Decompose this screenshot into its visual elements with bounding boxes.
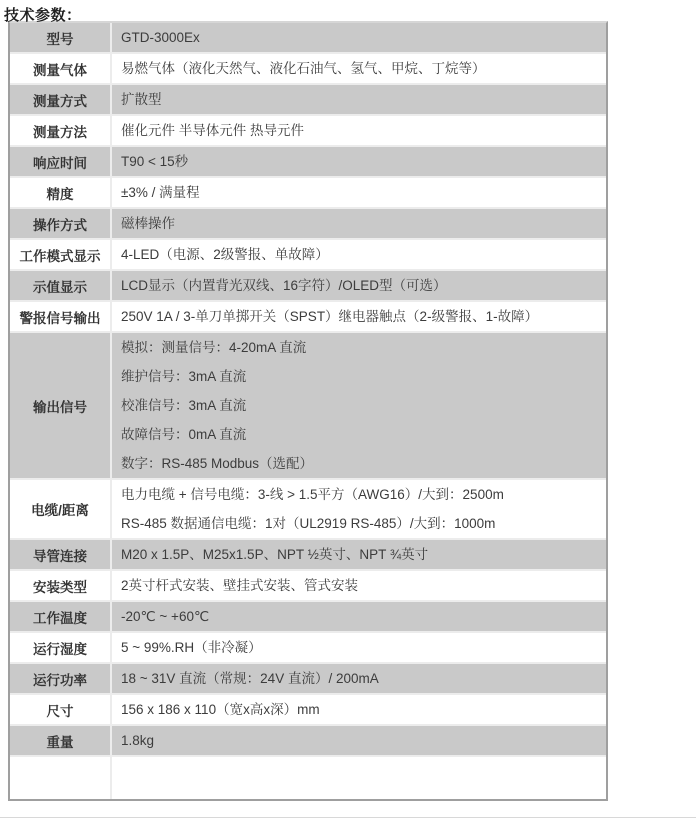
spec-value-line: 250V 1A / 3-单刀单掷开关（SPST）继电器触点（2-级警报、1-故障… [121,302,606,331]
table-row [10,757,606,799]
spec-value: 18 ~ 31V 直流（常规：24V 直流）/ 200mA [112,664,606,693]
spec-value: 5 ~ 99%.RH（非冷凝） [112,633,606,662]
spec-value: 催化元件 半导体元件 热导元件 [112,116,606,145]
spec-value: LCD显示（内置背光双线、16字符）/OLED型（可选） [112,271,606,300]
spec-value: 扩散型 [112,85,606,114]
spec-value-line: -20℃ ~ +60℃ [121,602,606,631]
spec-value: 模拟：测量信号：4-20mA 直流维护信号：3mA 直流校准信号：3mA 直流故… [112,333,606,478]
page-divider [0,817,696,818]
spec-value-line: 校准信号：3mA 直流 [121,391,606,420]
spec-label: 操作方式 [10,209,112,238]
spec-value-line: 催化元件 半导体元件 热导元件 [121,116,606,145]
spec-value-line: 维护信号：3mA 直流 [121,362,606,391]
table-row: 测量气体易燃气体（液化天然气、液化石油气、氢气、甲烷、丁烷等） [10,54,606,85]
spec-table: 型号GTD-3000Ex测量气体易燃气体（液化天然气、液化石油气、氢气、甲烷、丁… [8,21,608,801]
table-row: 电缆/距离电力电缆 + 信号电缆：3-线 > 1.5平方（AWG16）/大到：2… [10,480,606,540]
spec-label: 警报信号输出 [10,302,112,331]
page-title: 技术参数： [0,0,696,21]
spec-label: 运行功率 [10,664,112,693]
spec-value: 电力电缆 + 信号电缆：3-线 > 1.5平方（AWG16）/大到：2500mR… [112,480,606,538]
spec-label: 导管连接 [10,540,112,569]
spec-label: 输出信号 [10,333,112,478]
spec-label: 示值显示 [10,271,112,300]
table-row: 测量方法催化元件 半导体元件 热导元件 [10,116,606,147]
spec-label: 精度 [10,178,112,207]
spec-value-line: 5 ~ 99%.RH（非冷凝） [121,633,606,662]
table-row: 工作温度-20℃ ~ +60℃ [10,602,606,633]
table-row: 尺寸156 x 186 x 110（宽x高x深）mm [10,695,606,726]
table-row: 安装类型2英寸杆式安装、壁挂式安装、管式安装 [10,571,606,602]
spec-label: 安装类型 [10,571,112,600]
table-row: 输出信号模拟：测量信号：4-20mA 直流维护信号：3mA 直流校准信号：3mA… [10,333,606,480]
spec-value-line: 易燃气体（液化天然气、液化石油气、氢气、甲烷、丁烷等） [121,54,606,83]
spec-value: 易燃气体（液化天然气、液化石油气、氢气、甲烷、丁烷等） [112,54,606,83]
spec-value-line: LCD显示（内置背光双线、16字符）/OLED型（可选） [121,271,606,300]
spec-label: 运行湿度 [10,633,112,662]
spec-value: 4-LED（电源、2级警报、单故障） [112,240,606,269]
table-row: 警报信号输出250V 1A / 3-单刀单掷开关（SPST）继电器触点（2-级警… [10,302,606,333]
spec-value-line: 电力电缆 + 信号电缆：3-线 > 1.5平方（AWG16）/大到：2500m [121,480,606,509]
table-row: 型号GTD-3000Ex [10,23,606,54]
spec-value: 2英寸杆式安装、壁挂式安装、管式安装 [112,571,606,600]
spec-label [10,757,112,799]
spec-label: 测量方法 [10,116,112,145]
table-row: 运行功率18 ~ 31V 直流（常规：24V 直流）/ 200mA [10,664,606,695]
table-row: 工作模式显示4-LED（电源、2级警报、单故障） [10,240,606,271]
spec-label: 尺寸 [10,695,112,724]
spec-value: 156 x 186 x 110（宽x高x深）mm [112,695,606,724]
spec-value: GTD-3000Ex [112,23,606,52]
spec-value-line: 18 ~ 31V 直流（常规：24V 直流）/ 200mA [121,664,606,693]
spec-value [112,757,606,799]
spec-label: 测量方式 [10,85,112,114]
spec-value: 磁棒操作 [112,209,606,238]
table-row: 测量方式扩散型 [10,85,606,116]
spec-value: M20 x 1.5P、M25x1.5P、NPT ½英寸、NPT ¾英寸 [112,540,606,569]
table-row: 导管连接M20 x 1.5P、M25x1.5P、NPT ½英寸、NPT ¾英寸 [10,540,606,571]
spec-value: 250V 1A / 3-单刀单掷开关（SPST）继电器触点（2-级警报、1-故障… [112,302,606,331]
spec-label: 电缆/距离 [10,480,112,538]
table-row: 响应时间T90 < 15秒 [10,147,606,178]
spec-value-line: 模拟：测量信号：4-20mA 直流 [121,333,606,362]
spec-value-line: 磁棒操作 [121,209,606,238]
spec-value-line: 数字：RS-485 Modbus（选配） [121,449,606,478]
spec-value-line: 1.8kg [121,726,606,755]
spec-value: ±3% / 满量程 [112,178,606,207]
spec-value: T90 < 15秒 [112,147,606,176]
spec-value-line: 故障信号：0mA 直流 [121,420,606,449]
spec-value-line: ±3% / 满量程 [121,178,606,207]
spec-value-line: 156 x 186 x 110（宽x高x深）mm [121,695,606,724]
table-row: 运行湿度5 ~ 99%.RH（非冷凝） [10,633,606,664]
spec-value-line [121,764,606,793]
spec-value-line: T90 < 15秒 [121,147,606,176]
spec-label: 测量气体 [10,54,112,83]
spec-value-line: 2英寸杆式安装、壁挂式安装、管式安装 [121,571,606,600]
spec-label: 响应时间 [10,147,112,176]
table-row: 重量1.8kg [10,726,606,757]
table-row: 操作方式磁棒操作 [10,209,606,240]
spec-value-line: RS-485 数据通信电缆：1对（UL2919 RS-485）/大到：1000m [121,509,606,538]
spec-value-line: 4-LED（电源、2级警报、单故障） [121,240,606,269]
spec-label: 型号 [10,23,112,52]
spec-value-line: M20 x 1.5P、M25x1.5P、NPT ½英寸、NPT ¾英寸 [121,540,606,569]
spec-value: 1.8kg [112,726,606,755]
spec-value-line: GTD-3000Ex [121,23,606,52]
spec-label: 工作模式显示 [10,240,112,269]
table-row: 示值显示LCD显示（内置背光双线、16字符）/OLED型（可选） [10,271,606,302]
table-row: 精度±3% / 满量程 [10,178,606,209]
spec-value: -20℃ ~ +60℃ [112,602,606,631]
spec-label: 工作温度 [10,602,112,631]
spec-label: 重量 [10,726,112,755]
spec-value-line: 扩散型 [121,85,606,114]
